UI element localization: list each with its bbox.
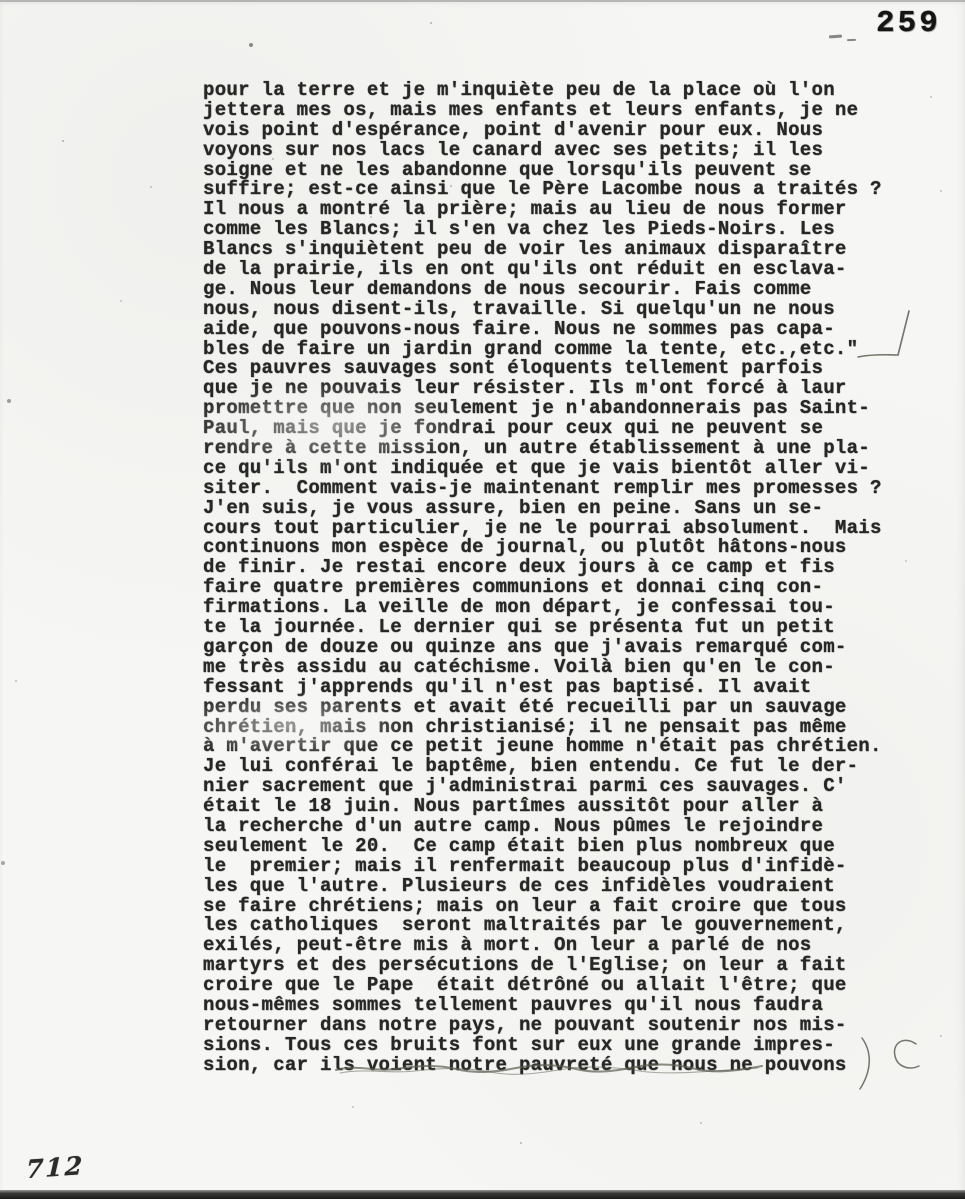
text-line: vois point d'espérance, point d'avenir p… [203,121,903,141]
text-line: les que l'autre. Plusieurs de ces infidè… [203,877,903,897]
pencil-dash-mark [847,39,856,41]
text-line: siter. Comment vais-je maintenant rempli… [203,479,903,499]
text-line: sions. Tous ces bruits font sur eux une … [203,1036,903,1056]
scan-bottom-edge-bar [0,1190,965,1199]
text-line: la recherche d'un autre camp. Nous pûmes… [203,817,903,837]
page-number: 259 [876,6,941,41]
text-line: garçon de douze ou quinze ans que j'avai… [203,638,903,658]
text-line: de la prairie, ils en ont qu'ils ont réd… [203,260,903,280]
text-line: pour la terre et je m'inquiète peu de la… [203,81,903,101]
text-line: sion, car ils voient notre pauvreté que … [203,1056,903,1076]
text-line: croire que le Pape était détrôné ou alla… [203,976,903,996]
folio-number: 712 [26,1151,85,1184]
text-line: me très assidu au catéchisme. Voilà bien… [203,658,903,678]
text-line: ge. Nous leur demandons de nous secourir… [203,280,903,300]
text-line: te la journée. Le dernier qui se présent… [203,618,903,638]
text-line: seulement le 20. Ce camp était bien plus… [203,837,903,857]
text-line: ce qu'ils m'ont indiquée et que je vais … [203,459,903,479]
text-line: était le 18 juin. Nous partîmes aussitôt… [203,797,903,817]
scanned-document-page: 259 pour la terre et je m'inquiète peu d… [0,0,965,1199]
text-line: perdu ses parents et avait été recueilli… [203,698,903,718]
scan-top-edge [0,0,965,2]
text-line: J'en suis, je vous assure, bien en peine… [203,499,903,519]
pencil-dash-mark [829,35,842,39]
text-line: fessant j'apprends qu'il n'est pas bapti… [203,678,903,698]
typewritten-text-block: pour la terre et je m'inquiète peu de la… [203,81,903,1076]
text-line: jettera mes os, mais mes enfants et leur… [203,101,903,121]
scan-noise-specks [0,0,2,2]
text-line: nous, nous disent-ils, travaille. Si que… [203,300,903,320]
text-line: le premier; mais il renfermait beaucoup … [203,857,903,877]
text-line: voyons sur nos lacs le canard avec ses p… [203,141,903,161]
text-line: rendre à cette mission, un autre établis… [203,439,903,459]
text-line: retourner dans notre pays, ne pouvant so… [203,1016,903,1036]
text-line: aide, que pouvons-nous faire. Nous ne so… [203,320,903,340]
text-line: nous-mêmes sommes tellement pauvres qu'i… [203,996,903,1016]
